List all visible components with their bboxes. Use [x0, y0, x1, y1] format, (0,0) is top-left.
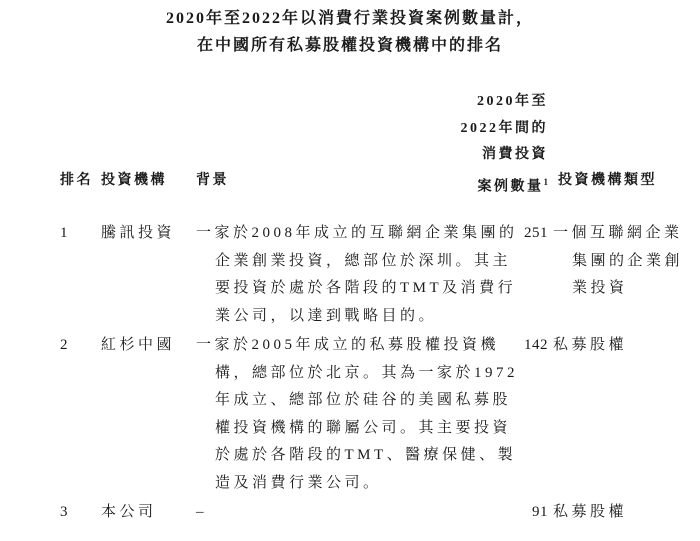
- institution-cell: 騰訊投資: [101, 220, 175, 248]
- table-header: 2020年至 2022年間的 消費投資 案例數量1 排名 投資機構 背景 投資機…: [0, 89, 700, 201]
- cases-count-cell: 251: [448, 220, 548, 248]
- column-header-cases-count: 2020年至 2022年間的 消費投資 案例數量1: [461, 89, 549, 201]
- text-line: 集團的企業創: [553, 248, 688, 276]
- table-row: 2 紅杉中國 142 私募股權 一家於2005年成立的私募股權投資機 構，總部位…: [0, 332, 700, 497]
- cases-header-text: 案例數量: [478, 179, 544, 194]
- column-header-rank: 排名: [60, 168, 93, 195]
- cases-header-line: 案例數量1: [461, 169, 549, 201]
- column-header-type: 投資機構類型: [558, 168, 657, 195]
- institution-cell: 本公司: [101, 499, 157, 527]
- table-title-line2: 在中國所有私募股權投資機構中的排名: [0, 35, 700, 57]
- text-line: 企業創業投資，總部位於深圳。其主: [196, 248, 536, 276]
- rank-cell: 1: [60, 220, 68, 248]
- text-line: 業投資: [553, 275, 688, 303]
- column-header-background: 背景: [196, 168, 229, 195]
- cases-count-cell: 91: [448, 499, 548, 527]
- text-line: 一個互聯網企業: [553, 220, 688, 248]
- cases-count-cell: 142: [448, 332, 548, 360]
- text-line: 構，總部位於北京。其為一家於1972: [196, 360, 536, 388]
- cases-header-line: 消費投資: [461, 142, 549, 169]
- cases-header-line: 2022年間的: [461, 116, 549, 143]
- footnote-marker: 1: [544, 177, 549, 187]
- text-line: 私募股權: [553, 332, 688, 360]
- type-cell: 私募股權: [553, 499, 688, 527]
- text-line: 權投資機構的聯屬公司。其主要投資: [196, 415, 536, 443]
- text-line: 造及消費行業公司。: [196, 470, 536, 498]
- document-page: 2020年至2022年以消費行業投資案例數量計， 在中國所有私募股權投資機構中的…: [0, 0, 700, 541]
- cases-header-line: 2020年至: [461, 89, 549, 116]
- table-title-line1: 2020年至2022年以消費行業投資案例數量計，: [0, 8, 700, 30]
- table-row: 1 騰訊投資 251 一個互聯網企業 集團的企業創 業投資 一家於2008年成立…: [0, 220, 700, 330]
- text-line: 年成立、總部位於硅谷的美國私募股: [196, 387, 536, 415]
- text-line: 業公司，以達到戰略目的。: [196, 303, 536, 331]
- text-line: 私募股權: [553, 499, 688, 527]
- type-cell: 一個互聯網企業 集團的企業創 業投資: [553, 220, 688, 303]
- type-cell: 私募股權: [553, 332, 688, 360]
- rank-cell: 2: [60, 332, 68, 360]
- rank-cell: 3: [60, 499, 68, 527]
- table-body: 1 騰訊投資 251 一個互聯網企業 集團的企業創 業投資 一家於2008年成立…: [0, 220, 700, 527]
- text-line: 要投資於處於各階段的TMT及消費行: [196, 275, 536, 303]
- text-line: 於處於各階段的TMT、醫療保健、製: [196, 442, 536, 470]
- institution-cell: 紅杉中國: [101, 332, 175, 360]
- column-header-institution: 投資機構: [101, 168, 167, 195]
- table-row: 3 本公司 91 私募股權 –: [0, 499, 700, 527]
